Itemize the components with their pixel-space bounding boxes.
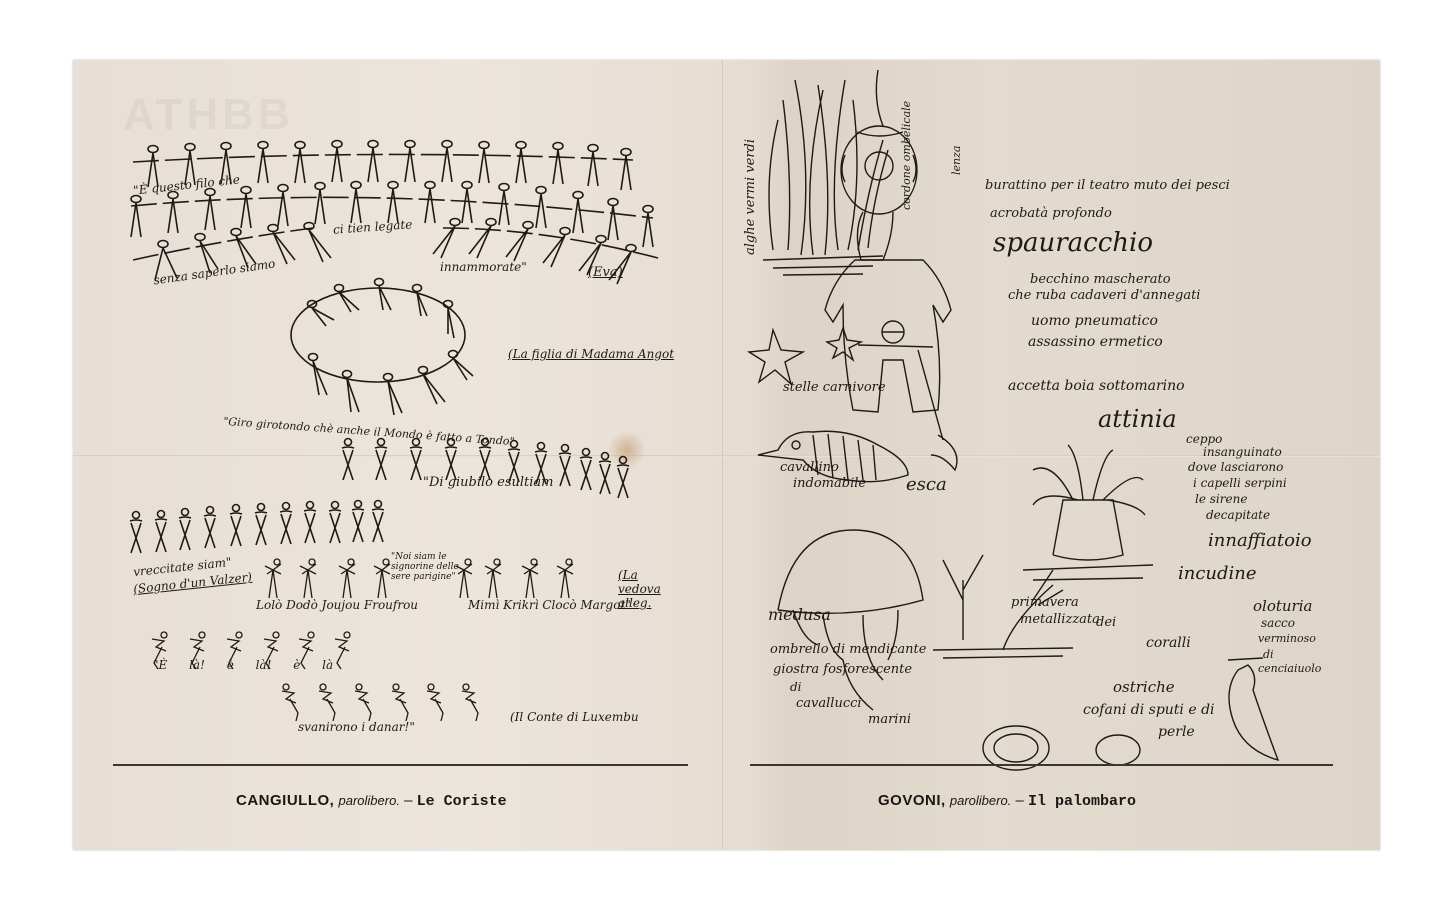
label-metallizzata: metallizzata	[1020, 612, 1100, 627]
operetta-title: (Il Conte di Luxembu	[510, 710, 639, 724]
label-esca: esca	[906, 474, 947, 495]
label-assassino: assassino ermetico	[1028, 334, 1163, 350]
label-alghe: alghe vermi verdi	[743, 139, 758, 255]
operetta-title: (La vedova alleg.	[618, 568, 678, 610]
work-title: Le Coriste	[417, 793, 507, 810]
label-cavallino: indomabile	[793, 476, 866, 491]
label-incudine: incudine	[1178, 563, 1257, 584]
label-burattino: burattino per il teatro muto dei pesci	[985, 178, 1230, 193]
lyric-line: Lolò Dodò Joujou Froufrou	[256, 598, 418, 612]
lyric-line: Mimì Krikrì Clocò Margot"	[468, 598, 631, 612]
caption-dash: –	[1015, 792, 1023, 809]
label-lenza: lenza	[950, 146, 963, 175]
label-acrobata: acrobatà profondo	[990, 206, 1112, 221]
operetta-title: (Eva)	[588, 265, 623, 280]
label-ostriche: ostriche	[1113, 678, 1175, 696]
operetta-title: (La figlia di Madama Angot	[508, 347, 674, 361]
label-cavallino: cavallino	[780, 460, 839, 475]
label-medusa: medusa	[768, 605, 831, 624]
label-innaffiatoio: innaffiatoio	[1208, 530, 1312, 551]
label-uomo: uomo pneumatico	[1031, 313, 1158, 329]
label-marini: marini	[868, 712, 911, 727]
label-cavallucci: cavallucci	[796, 696, 862, 711]
right-footer-rule	[750, 764, 1333, 766]
label-ceppo: dove lasciarono	[1188, 460, 1283, 474]
label-stelle: stelle carnivore	[783, 380, 886, 395]
author-name: GOVONI,	[878, 792, 946, 809]
label-dei: dei	[1096, 615, 1116, 630]
folded-broadsheet: ATHBB	[73, 60, 1380, 850]
label-spauracchio: spauracchio	[993, 228, 1153, 258]
lyric-line: "È là! è là! è là	[153, 658, 333, 672]
right-caption: GOVONI, parolibero. – Il palombaro	[878, 792, 1136, 810]
label-ruba: che ruba cadaveri d'annegati	[1008, 288, 1200, 303]
lyric-line: innammorate"	[440, 260, 527, 274]
lyric-line: "Di giubilo esultiam	[423, 475, 554, 490]
label-verminoso: verminoso	[1258, 632, 1316, 645]
label-perle: perle	[1158, 724, 1195, 740]
label-di: di	[790, 680, 802, 694]
author-name: CANGIULLO,	[236, 792, 334, 809]
left-footer-rule	[113, 764, 688, 766]
label-cofani: cofani di sputi e di	[1083, 702, 1215, 718]
label-ombrello: ombrello di mendicante	[770, 642, 926, 657]
label-giostra: giostra fosforescente	[773, 662, 912, 677]
label-ceppo: decapitate	[1206, 508, 1270, 522]
label-sacco: sacco	[1261, 616, 1295, 630]
work-title: Il palombaro	[1028, 793, 1136, 810]
chorus-figures-illustration	[73, 60, 723, 760]
lyric-line: svanirono i danar!"	[298, 720, 415, 734]
label-ceppo: insanguinato	[1203, 445, 1282, 459]
label-primavera: primavera	[1011, 595, 1079, 610]
label-becchino: becchino mascherato	[1030, 272, 1171, 287]
label-coralli: coralli	[1146, 635, 1191, 651]
author-role: parolibero.	[950, 793, 1011, 808]
label-cenciaiuolo: cenciaiuolo	[1258, 662, 1321, 675]
label-accetta: accetta boia sottomarino	[1008, 378, 1185, 394]
label-ceppo: ceppo	[1186, 432, 1222, 446]
label-oloturia: oloturia	[1253, 597, 1312, 615]
label-ceppo: i capelli serpini	[1193, 476, 1287, 490]
left-caption: CANGIULLO, parolibero. – Le Coriste	[236, 792, 507, 810]
label-di: di	[1263, 648, 1274, 661]
label-ceppo: le sirene	[1195, 492, 1247, 506]
label-attinia: attinia	[1098, 405, 1177, 433]
caption-dash: –	[404, 792, 412, 809]
lyric-line: "Noi siam le signorine delle sere parigi…	[391, 552, 461, 582]
author-role: parolibero.	[339, 793, 400, 808]
label-cordone: cordone ombelicale	[900, 101, 913, 210]
